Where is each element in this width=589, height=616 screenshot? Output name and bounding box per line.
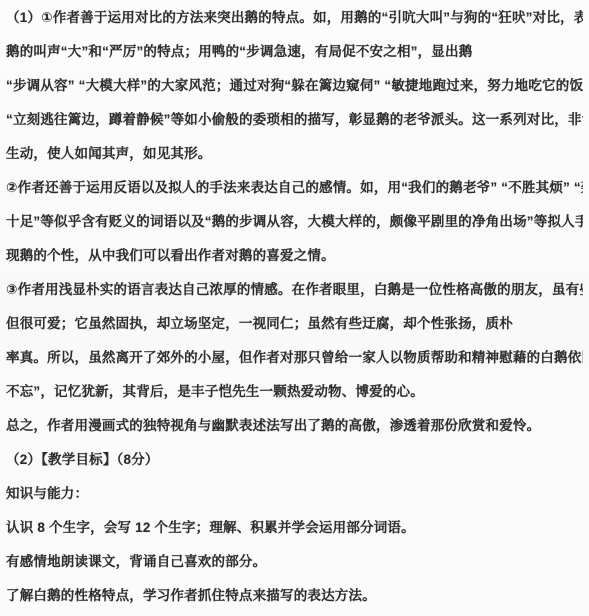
doc-line: 认识 8 个生字，会写 12 个生字；理解、积累并学会运用部分词语。 (6, 511, 583, 545)
doc-line: “步调从容” “大模大样”的大家风范；通过对狗“躲在篱边窥伺” “敏捷地跑过来，… (6, 69, 583, 103)
doc-line: “立刻逃往篱边，蹲着静候”等如小偷般的委琐相的描写，彰显鹅的老爷派头。这一系列对… (6, 103, 583, 137)
doc-line: 了解白鹅的性格特点，学习作者抓住特点来描写的表达方法。 (6, 579, 583, 613)
doc-line: ②作者还善于运用反语以及拟人的手法来表达自己的感情。如，用“我们的鹅老爷” “不… (6, 171, 583, 205)
doc-line: 有感情地朗读课文，背诵自己喜欢的部分。 (6, 545, 583, 579)
doc-line: 生动，使人如闻其声，如见其形。 (6, 137, 583, 171)
doc-line: 十足”等似乎含有贬义的词语以及“鹅的步调从容，大模大样的，颇像平剧里的净角出场”… (6, 205, 583, 239)
doc-line: 但很可爱；它虽然固执，却立场坚定，一视同仁；虽然有些迂腐，却个性张扬，质朴 (6, 307, 583, 341)
doc-line: 率真。所以，虽然离开了郊外的小屋，但作者对那只曾给一家人以物质帮助和精神慰藉的白… (6, 341, 583, 375)
doc-line: 现鹅的个性，从中我们可以看出作者对鹅的喜爱之情。 (6, 239, 583, 273)
doc-line-subheading: 知识与能力： (6, 477, 583, 511)
document-page: （1）①作者善于运用对比的方法来突出鹅的特点。如，用鹅的“引吭大叫”与狗的“狂吠… (0, 0, 589, 616)
doc-line: ③作者用浅显朴实的语言表达自己浓厚的情感。在作者眼里，白鹅是一位性格高傲的朋友，… (6, 273, 583, 307)
doc-line-section-header: （2）【教学目标】（8分） (6, 443, 583, 477)
doc-line: 不忘”，记忆犹新，其背后，是丰子恺先生一颗热爱动物、博爱的心。 (6, 375, 583, 409)
doc-line: 鹅的叫声“大”和“严厉”的特点；用鸭的“步调急速，有局促不安之相”，显出鹅 (6, 35, 583, 69)
doc-line: 总之，作者用漫画式的独特视角与幽默表述法写出了鹅的高傲，渗透着那份欣赏和爱怜。 (6, 409, 583, 443)
doc-line: （1）①作者善于运用对比的方法来突出鹅的特点。如，用鹅的“引吭大叫”与狗的“狂吠… (6, 1, 583, 35)
